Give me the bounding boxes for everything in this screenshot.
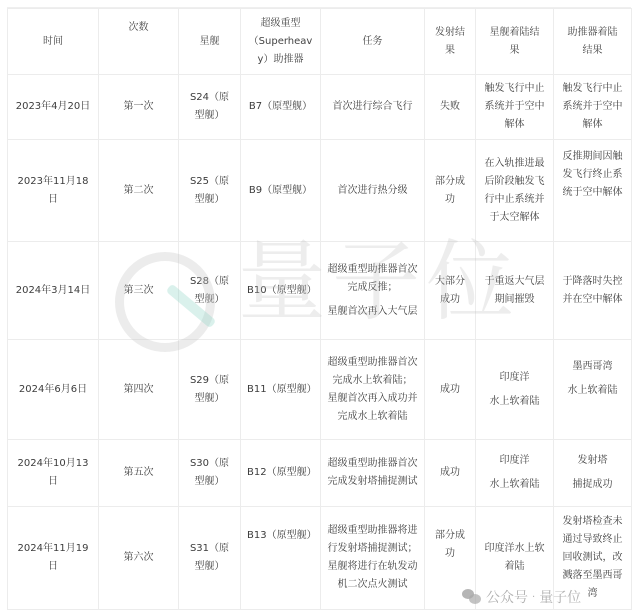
cell-date: 2024年3月14日 xyxy=(8,242,99,340)
cell-date: 2023年4月20日 xyxy=(8,75,99,140)
table-frame: 时间 次数 星舰 超级重型（Superheavy）助推器 任务 发射结果 星舰着… xyxy=(7,7,631,610)
table-row: 2023年11月18日 第二次 S25（原型舰） B9（原型舰） 首次进行热分级… xyxy=(8,140,632,242)
cell-count: 第六次 xyxy=(99,507,179,610)
cell-mission: 超级重型助推器首次完成反推；星舰首次再入大气层 xyxy=(321,242,425,340)
header-starship: 星舰 xyxy=(179,9,241,75)
cell-mission: 超级重型助推器首次完成水上软着陆；星舰首次再入成功并完成水上软着陆 xyxy=(321,340,425,440)
cell-mission: 首次进行综合飞行 xyxy=(321,75,425,140)
cell-count: 第四次 xyxy=(99,340,179,440)
cell-date: 2024年10月13日 xyxy=(8,440,99,507)
header-launch-result: 发射结果 xyxy=(425,9,476,75)
cell-starship-landing: 于重返大气层期间摧毁 xyxy=(476,242,554,340)
cell-booster: B12（原型舰） xyxy=(241,440,321,507)
cell-starship: S25（原型舰） xyxy=(179,140,241,242)
cell-count: 第五次 xyxy=(99,440,179,507)
cell-mission: 超级重型助推器将进行发射塔捕捉测试；星舰将进行在轨发动机二次点火测试 xyxy=(321,507,425,610)
starship-flight-table: 时间 次数 星舰 超级重型（Superheavy）助推器 任务 发射结果 星舰着… xyxy=(7,8,632,610)
cell-count: 第一次 xyxy=(99,75,179,140)
cell-date: 2023年11月18日 xyxy=(8,140,99,242)
cell-launch-result: 大部分成功 xyxy=(425,242,476,340)
cell-starship: S29（原型舰） xyxy=(179,340,241,440)
cell-starship: S28（原型舰） xyxy=(179,242,241,340)
cell-booster-landing: 于降落时失控并在空中解体 xyxy=(554,242,632,340)
table-row: 2024年10月13日 第五次 S30（原型舰） B12（原型舰） 超级重型助推… xyxy=(8,440,632,507)
table-row: 2024年6月6日 第四次 S29（原型舰） B11（原型舰） 超级重型助推器首… xyxy=(8,340,632,440)
cell-starship-landing: 触发飞行中止系统并于空中解体 xyxy=(476,75,554,140)
cell-booster-landing: 触发飞行中止系统并于空中解体 xyxy=(554,75,632,140)
cell-starship-landing: 印度洋水上软着陆 xyxy=(476,440,554,507)
cell-booster: B9（原型舰） xyxy=(241,140,321,242)
header-date: 时间 xyxy=(8,9,99,75)
cell-booster: B7（原型舰） xyxy=(241,75,321,140)
cell-starship: S24（原型舰） xyxy=(179,75,241,140)
cell-starship: S31（原型舰） xyxy=(179,507,241,610)
header-starship-landing: 星舰着陆结果 xyxy=(476,9,554,75)
cell-mission: 超级重型助推器首次完成发射塔捕捉测试 xyxy=(321,440,425,507)
header-row: 时间 次数 星舰 超级重型（Superheavy）助推器 任务 发射结果 星舰着… xyxy=(8,9,632,75)
table-row: 2024年3月14日 第三次 S28（原型舰） B10（原型舰） 超级重型助推器… xyxy=(8,242,632,340)
cell-launch-result: 失败 xyxy=(425,75,476,140)
cell-launch-result: 部分成功 xyxy=(425,140,476,242)
cell-starship-landing: 印度洋水上软着陆 xyxy=(476,340,554,440)
header-booster-landing: 助推器着陆结果 xyxy=(554,9,632,75)
cell-count: 第三次 xyxy=(99,242,179,340)
cell-starship: S30（原型舰） xyxy=(179,440,241,507)
table-row: 2023年4月20日 第一次 S24（原型舰） B7（原型舰） 首次进行综合飞行… xyxy=(8,75,632,140)
cell-launch-result: 部分成功 xyxy=(425,507,476,610)
cell-starship-landing: 印度洋水上软着陆 xyxy=(476,507,554,610)
header-count: 次数 xyxy=(99,9,179,75)
cell-starship-landing: 在入轨推进最后阶段触发飞行中止系统并于太空解体 xyxy=(476,140,554,242)
cell-booster-landing: 发射塔捕捉成功 xyxy=(554,440,632,507)
cell-booster: B13（原型舰） xyxy=(241,507,321,610)
cell-booster-landing: 墨西哥湾水上软着陆 xyxy=(554,340,632,440)
cell-launch-result: 成功 xyxy=(425,340,476,440)
cell-launch-result: 成功 xyxy=(425,440,476,507)
cell-booster-landing: 反推期间因触发飞行终止系统于空中解体 xyxy=(554,140,632,242)
cell-date: 2024年11月19日 xyxy=(8,507,99,610)
cell-date: 2024年6月6日 xyxy=(8,340,99,440)
table-row: 2024年11月19日 第六次 S31（原型舰） B13（原型舰） 超级重型助推… xyxy=(8,507,632,610)
cell-mission: 首次进行热分级 xyxy=(321,140,425,242)
header-mission: 任务 xyxy=(321,9,425,75)
cell-count: 第二次 xyxy=(99,140,179,242)
cell-booster: B11（原型舰） xyxy=(241,340,321,440)
header-booster: 超级重型（Superheavy）助推器 xyxy=(241,9,321,75)
cell-booster-landing: 发射塔检查未通过导致终止回收测试，改溅落至墨西哥湾 xyxy=(554,507,632,610)
cell-booster: B10（原型舰） xyxy=(241,242,321,340)
